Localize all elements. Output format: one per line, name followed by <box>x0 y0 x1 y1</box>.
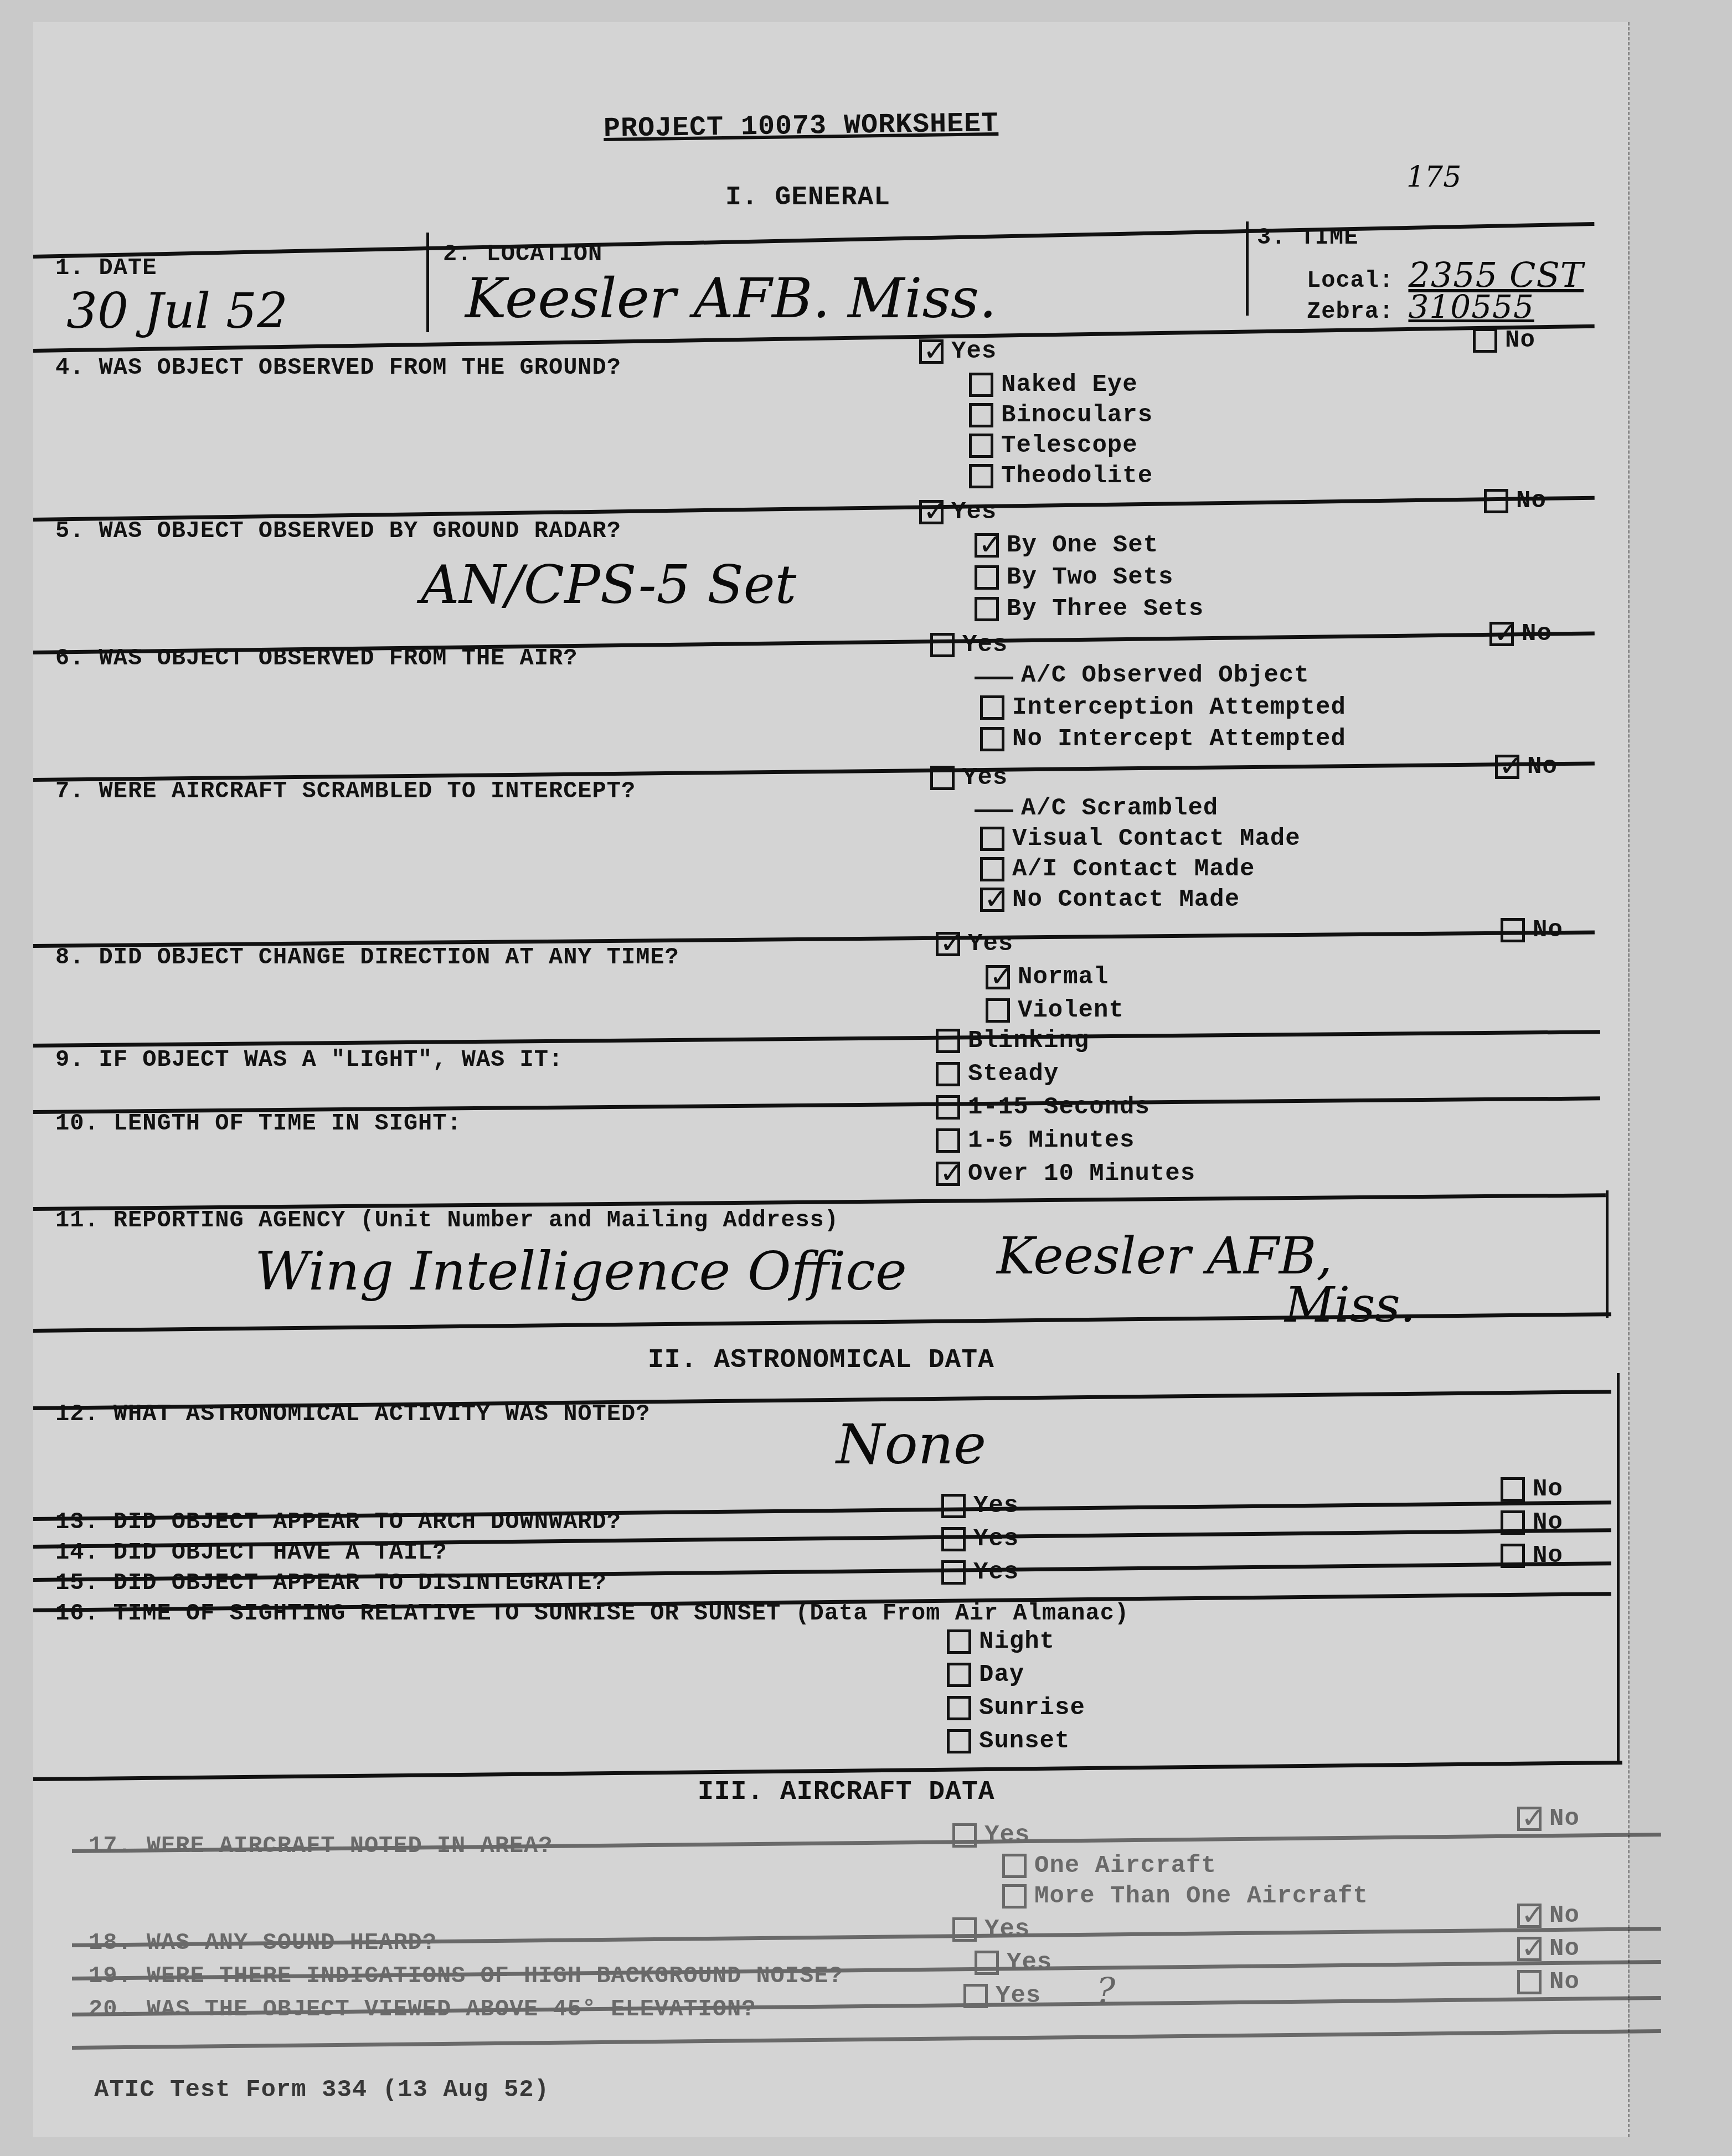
q20-no-label: No <box>1549 1968 1580 1996</box>
checkbox[interactable] <box>947 1729 971 1753</box>
q18-yes-checkbox[interactable] <box>952 1917 977 1942</box>
q13-yes-checkbox[interactable] <box>941 1494 966 1518</box>
option-label: 1-15 Seconds <box>968 1094 1150 1121</box>
form-footer-id: ATIC Test Form 334 (13 Aug 52) <box>94 2076 549 2104</box>
worksheet-page: PROJECT 10073 WORKSHEET 175 I. GENERAL 1… <box>33 22 1630 2137</box>
checkbox[interactable] <box>947 1629 971 1654</box>
q4-yes[interactable]: Yes <box>919 338 997 365</box>
q20-no[interactable]: No <box>1517 1968 1580 1996</box>
section-aircraft-heading: III. AIRCRAFT DATA <box>698 1777 994 1807</box>
q16-option-sunset[interactable]: Sunset <box>947 1727 1070 1755</box>
q18-yes-label: Yes <box>984 1916 1030 1943</box>
q18-no[interactable]: No <box>1517 1902 1580 1930</box>
q19-yes[interactable]: Yes <box>975 1949 1052 1977</box>
q14-yes-checkbox[interactable] <box>941 1527 966 1551</box>
q15-yes-label: Yes <box>973 1559 1019 1586</box>
option-label: By Three Sets <box>1007 595 1204 623</box>
q6-yes[interactable]: Yes <box>930 631 1008 659</box>
q7-no[interactable]: No <box>1495 753 1558 781</box>
q8-label: 8. DID OBJECT CHANGE DIRECTION AT ANY TI… <box>55 944 679 971</box>
checkbox[interactable] <box>1002 1884 1027 1909</box>
option-label: No Contact Made <box>1012 886 1240 914</box>
q14-no-label: No <box>1533 1509 1563 1536</box>
q8-yes-label: Yes <box>968 930 1013 958</box>
q5-yes-label: Yes <box>951 498 997 526</box>
q6-no-checkbox[interactable] <box>1489 622 1514 646</box>
option-label: Over 10 Minutes <box>968 1160 1195 1188</box>
q5-handwritten-radar[interactable]: AN/CPS-5 Set <box>421 554 796 616</box>
option-label: By Two Sets <box>1007 564 1173 591</box>
q17-no[interactable]: No <box>1517 1805 1580 1833</box>
q4-yes-checkbox[interactable] <box>919 339 944 364</box>
q16-option-night[interactable]: Night <box>947 1628 1055 1655</box>
checkbox[interactable] <box>936 1162 960 1186</box>
q5-no-checkbox[interactable] <box>1484 489 1508 513</box>
q19-label: 19. WERE THERE INDICATIONS OF HIGH BACKG… <box>89 1963 843 1989</box>
q6-no[interactable]: No <box>1489 620 1552 648</box>
option-label: Violent <box>1018 997 1124 1024</box>
q20-yes[interactable]: Yes <box>963 1982 1041 2010</box>
q10-option-1-5-minutes[interactable]: 1-5 Minutes <box>936 1127 1135 1154</box>
option-label: Naked Eye <box>1001 371 1138 399</box>
q12-label: 12. WHAT ASTRONOMICAL ACTIVITY WAS NOTED… <box>55 1401 650 1427</box>
q19-no-checkbox[interactable] <box>1517 1937 1542 1961</box>
checkbox[interactable] <box>947 1696 971 1720</box>
q14-label: 14. DID OBJECT HAVE A TAIL? <box>55 1539 447 1566</box>
blank-line[interactable] <box>975 672 1013 679</box>
q17-yes-checkbox[interactable] <box>952 1823 977 1848</box>
date-label: 1. DATE <box>55 255 157 281</box>
q6-ac-observed[interactable]: A/C Observed Object <box>975 662 1310 689</box>
q16-option-sunrise[interactable]: Sunrise <box>947 1694 1085 1722</box>
q20-label: 20. WAS THE OBJECT VIEWED ABOVE 45° ELEV… <box>89 1996 756 2023</box>
q7-yes[interactable]: Yes <box>930 764 1008 792</box>
checkbox[interactable] <box>980 888 1004 912</box>
page-number-handwritten: 175 <box>1406 161 1461 194</box>
q14-yes-label: Yes <box>973 1525 1019 1553</box>
checkbox[interactable] <box>936 1029 960 1053</box>
q20-no-checkbox[interactable] <box>1517 1970 1542 1994</box>
q14-yes[interactable]: Yes <box>941 1525 1019 1553</box>
q7-no-label: No <box>1527 753 1558 781</box>
location-value[interactable]: Keesler AFB. Miss. <box>465 266 997 331</box>
option-label: Night <box>979 1628 1055 1655</box>
option-label: Blinking <box>968 1027 1089 1055</box>
q10-label: 10. LENGTH OF TIME IN SIGHT: <box>55 1110 462 1137</box>
checkbox[interactable] <box>980 727 1004 751</box>
option-label: A/C Observed Object <box>1021 662 1310 689</box>
q6-no-label: No <box>1522 620 1552 648</box>
q8-yes-checkbox[interactable] <box>936 932 960 956</box>
q15-no-label: No <box>1533 1542 1563 1570</box>
q5-no-label: No <box>1516 487 1547 515</box>
option-label: Interception Attempted <box>1012 694 1346 721</box>
option-label: Theodolite <box>1001 462 1153 490</box>
q5-option-three-sets[interactable]: By Three Sets <box>975 595 1204 623</box>
q4-no[interactable]: No <box>1473 327 1535 354</box>
q19-yes-checkbox[interactable] <box>975 1951 999 1975</box>
q20-yes-checkbox[interactable] <box>963 1984 988 2008</box>
q18-no-checkbox[interactable] <box>1517 1904 1542 1928</box>
q7-yes-checkbox[interactable] <box>930 766 955 790</box>
q4-no-checkbox[interactable] <box>1473 328 1497 353</box>
q19-yes-label: Yes <box>1007 1949 1052 1977</box>
q4-no-label: No <box>1505 327 1535 354</box>
q7-ac-scrambled[interactable]: A/C Scrambled <box>975 795 1218 822</box>
q5-label: 5. WAS OBJECT OBSERVED BY GROUND RADAR? <box>55 518 621 544</box>
q6-yes-checkbox[interactable] <box>930 633 955 657</box>
q5-yes[interactable]: Yes <box>919 498 997 526</box>
q7-option-ai-contact[interactable]: A/I Contact Made <box>980 855 1255 883</box>
q10-option-1-15-seconds[interactable]: 1-15 Seconds <box>936 1094 1150 1121</box>
option-label: 1-5 Minutes <box>968 1127 1135 1154</box>
checkbox[interactable] <box>969 434 993 458</box>
q8-no-label: No <box>1533 916 1563 944</box>
q4-option-telescope[interactable]: Telescope <box>969 432 1138 460</box>
q8-option-violent[interactable]: Violent <box>986 997 1124 1024</box>
checkbox[interactable] <box>936 1128 960 1153</box>
q17-label: 17. WERE AIRCRAFT NOTED IN AREA? <box>89 1833 553 1859</box>
q13-label: 13. DID OBJECT APPEAR TO ARCH DOWNWARD? <box>55 1509 621 1535</box>
q4-option-naked-eye[interactable]: Naked Eye <box>969 371 1138 399</box>
q5-no[interactable]: No <box>1484 487 1547 515</box>
time-label: 3. TIME <box>1257 224 1358 251</box>
option-label: Binoculars <box>1001 401 1153 429</box>
q14-no-checkbox[interactable] <box>1501 1510 1525 1535</box>
date-value[interactable]: 30 Jul 52 <box>66 282 288 339</box>
checkbox[interactable] <box>986 998 1010 1023</box>
q5-yes-checkbox[interactable] <box>919 500 944 524</box>
checkbox[interactable] <box>936 1095 960 1120</box>
q18-no-label: No <box>1549 1902 1580 1930</box>
q9-option-steady[interactable]: Steady <box>936 1060 1059 1088</box>
q15-yes-checkbox[interactable] <box>941 1560 966 1585</box>
q17-yes-label: Yes <box>984 1822 1030 1849</box>
q17-no-checkbox[interactable] <box>1517 1807 1542 1831</box>
checkbox[interactable] <box>986 965 1010 989</box>
q13-yes[interactable]: Yes <box>941 1492 1019 1520</box>
astronomical-activity-value[interactable]: None <box>836 1412 986 1477</box>
checkbox[interactable] <box>980 827 1004 851</box>
q6-option-no-intercept[interactable]: No Intercept Attempted <box>980 725 1346 753</box>
reporting-agency-state[interactable]: Miss. <box>1285 1276 1416 1333</box>
section-astronomical-heading: II. ASTRONOMICAL DATA <box>648 1345 994 1375</box>
q17-no-label: No <box>1549 1805 1580 1833</box>
q7-option-visual-contact[interactable]: Visual Contact Made <box>980 825 1301 853</box>
time-zebra-label: Zebra: <box>1307 298 1394 325</box>
q19-no[interactable]: No <box>1517 1935 1580 1963</box>
q8-no[interactable]: No <box>1501 916 1563 944</box>
q18-yes[interactable]: Yes <box>952 1916 1030 1943</box>
q13-no[interactable]: No <box>1501 1476 1563 1503</box>
option-label: Steady <box>968 1060 1059 1088</box>
option-label: Sunrise <box>979 1694 1085 1722</box>
location-label: 2. LOCATION <box>443 241 602 267</box>
q6-label: 6. WAS OBJECT OBSERVED FROM THE AIR? <box>55 645 578 672</box>
option-label: Visual Contact Made <box>1012 825 1301 853</box>
q16-label: 16. TIME OF SIGHTING RELATIVE TO SUNRISE… <box>55 1600 1129 1627</box>
option-label: Day <box>979 1661 1024 1689</box>
checkbox[interactable] <box>1002 1854 1027 1878</box>
q17-option-one-aircraft[interactable]: One Aircraft <box>1002 1852 1216 1880</box>
q4-option-theodolite[interactable]: Theodolite <box>969 462 1153 490</box>
checkbox[interactable] <box>975 533 999 558</box>
q6-yes-label: Yes <box>962 631 1008 659</box>
checkbox[interactable] <box>975 565 999 590</box>
checkbox[interactable] <box>936 1062 960 1086</box>
q15-no-checkbox[interactable] <box>1501 1544 1525 1568</box>
q13-no-label: No <box>1533 1476 1563 1503</box>
q9-label: 9. IF OBJECT WAS A "LIGHT", WAS IT: <box>55 1046 563 1073</box>
checkbox[interactable] <box>975 597 999 621</box>
q10-option-over-10-minutes[interactable]: Over 10 Minutes <box>936 1160 1195 1188</box>
reporting-agency-location[interactable]: Keesler AFB, <box>997 1226 1333 1286</box>
q17-yes[interactable]: Yes <box>952 1822 1030 1849</box>
option-label: One Aircraft <box>1034 1852 1216 1880</box>
option-label: By One Set <box>1007 532 1158 559</box>
worksheet-title: PROJECT 10073 WORKSHEET <box>604 108 999 145</box>
q7-option-no-contact[interactable]: No Contact Made <box>980 886 1240 914</box>
q5-option-two-sets[interactable]: By Two Sets <box>975 564 1173 591</box>
q8-no-checkbox[interactable] <box>1501 918 1525 942</box>
q4-option-binoculars[interactable]: Binoculars <box>969 401 1153 429</box>
q17-option-more-than-one[interactable]: More Than One Aircraft <box>1002 1882 1368 1910</box>
option-label: More Than One Aircraft <box>1034 1882 1368 1910</box>
option-label: Sunset <box>979 1727 1070 1755</box>
q4-yes-label: Yes <box>951 338 997 365</box>
q4-label: 4. WAS OBJECT OBSERVED FROM THE GROUND? <box>55 354 621 381</box>
q15-no[interactable]: No <box>1501 1542 1563 1570</box>
checkbox[interactable] <box>980 695 1004 720</box>
q9-option-blinking[interactable]: Blinking <box>936 1027 1089 1055</box>
q11-label: 11. REPORTING AGENCY (Unit Number and Ma… <box>55 1207 839 1234</box>
q16-option-day[interactable]: Day <box>947 1661 1024 1689</box>
checkbox[interactable] <box>969 373 993 397</box>
option-label: No Intercept Attempted <box>1012 725 1346 753</box>
option-label: Normal <box>1018 963 1109 991</box>
q18-label: 18. WAS ANY SOUND HEARD? <box>89 1930 437 1956</box>
q13-no-checkbox[interactable] <box>1501 1477 1525 1502</box>
q13-yes-label: Yes <box>973 1492 1019 1520</box>
blank-line[interactable] <box>975 805 1013 812</box>
q8-yes[interactable]: Yes <box>936 930 1013 958</box>
q7-label: 7. WERE AIRCRAFT SCRAMBLED TO INTERCEPT? <box>55 778 636 804</box>
option-label: A/C Scrambled <box>1021 795 1218 822</box>
q14-no[interactable]: No <box>1501 1509 1563 1536</box>
checkbox[interactable] <box>947 1663 971 1687</box>
q8-option-normal[interactable]: Normal <box>986 963 1109 991</box>
q20-yes-label: Yes <box>996 1982 1041 2010</box>
q7-yes-label: Yes <box>962 764 1008 792</box>
checkbox[interactable] <box>969 464 993 488</box>
q15-label: 15. DID OBJECT APPEAR TO DISINTEGRATE? <box>55 1570 607 1596</box>
q5-option-one-set[interactable]: By One Set <box>975 532 1158 559</box>
q19-no-label: No <box>1549 1935 1580 1963</box>
q20-annotation: ? <box>1096 1971 1115 2012</box>
option-label: Telescope <box>1001 432 1138 460</box>
checkbox[interactable] <box>969 403 993 427</box>
checkbox[interactable] <box>980 857 1004 881</box>
q6-option-interception-attempted[interactable]: Interception Attempted <box>980 694 1346 721</box>
section-general-heading: I. GENERAL <box>725 183 890 213</box>
q7-no-checkbox[interactable] <box>1495 755 1519 779</box>
q15-yes[interactable]: Yes <box>941 1559 1019 1586</box>
option-label: A/I Contact Made <box>1012 855 1255 883</box>
time-zebra-value[interactable]: 310555 <box>1408 288 1534 326</box>
reporting-agency-value[interactable]: Wing Intelligence Office <box>255 1240 907 1302</box>
